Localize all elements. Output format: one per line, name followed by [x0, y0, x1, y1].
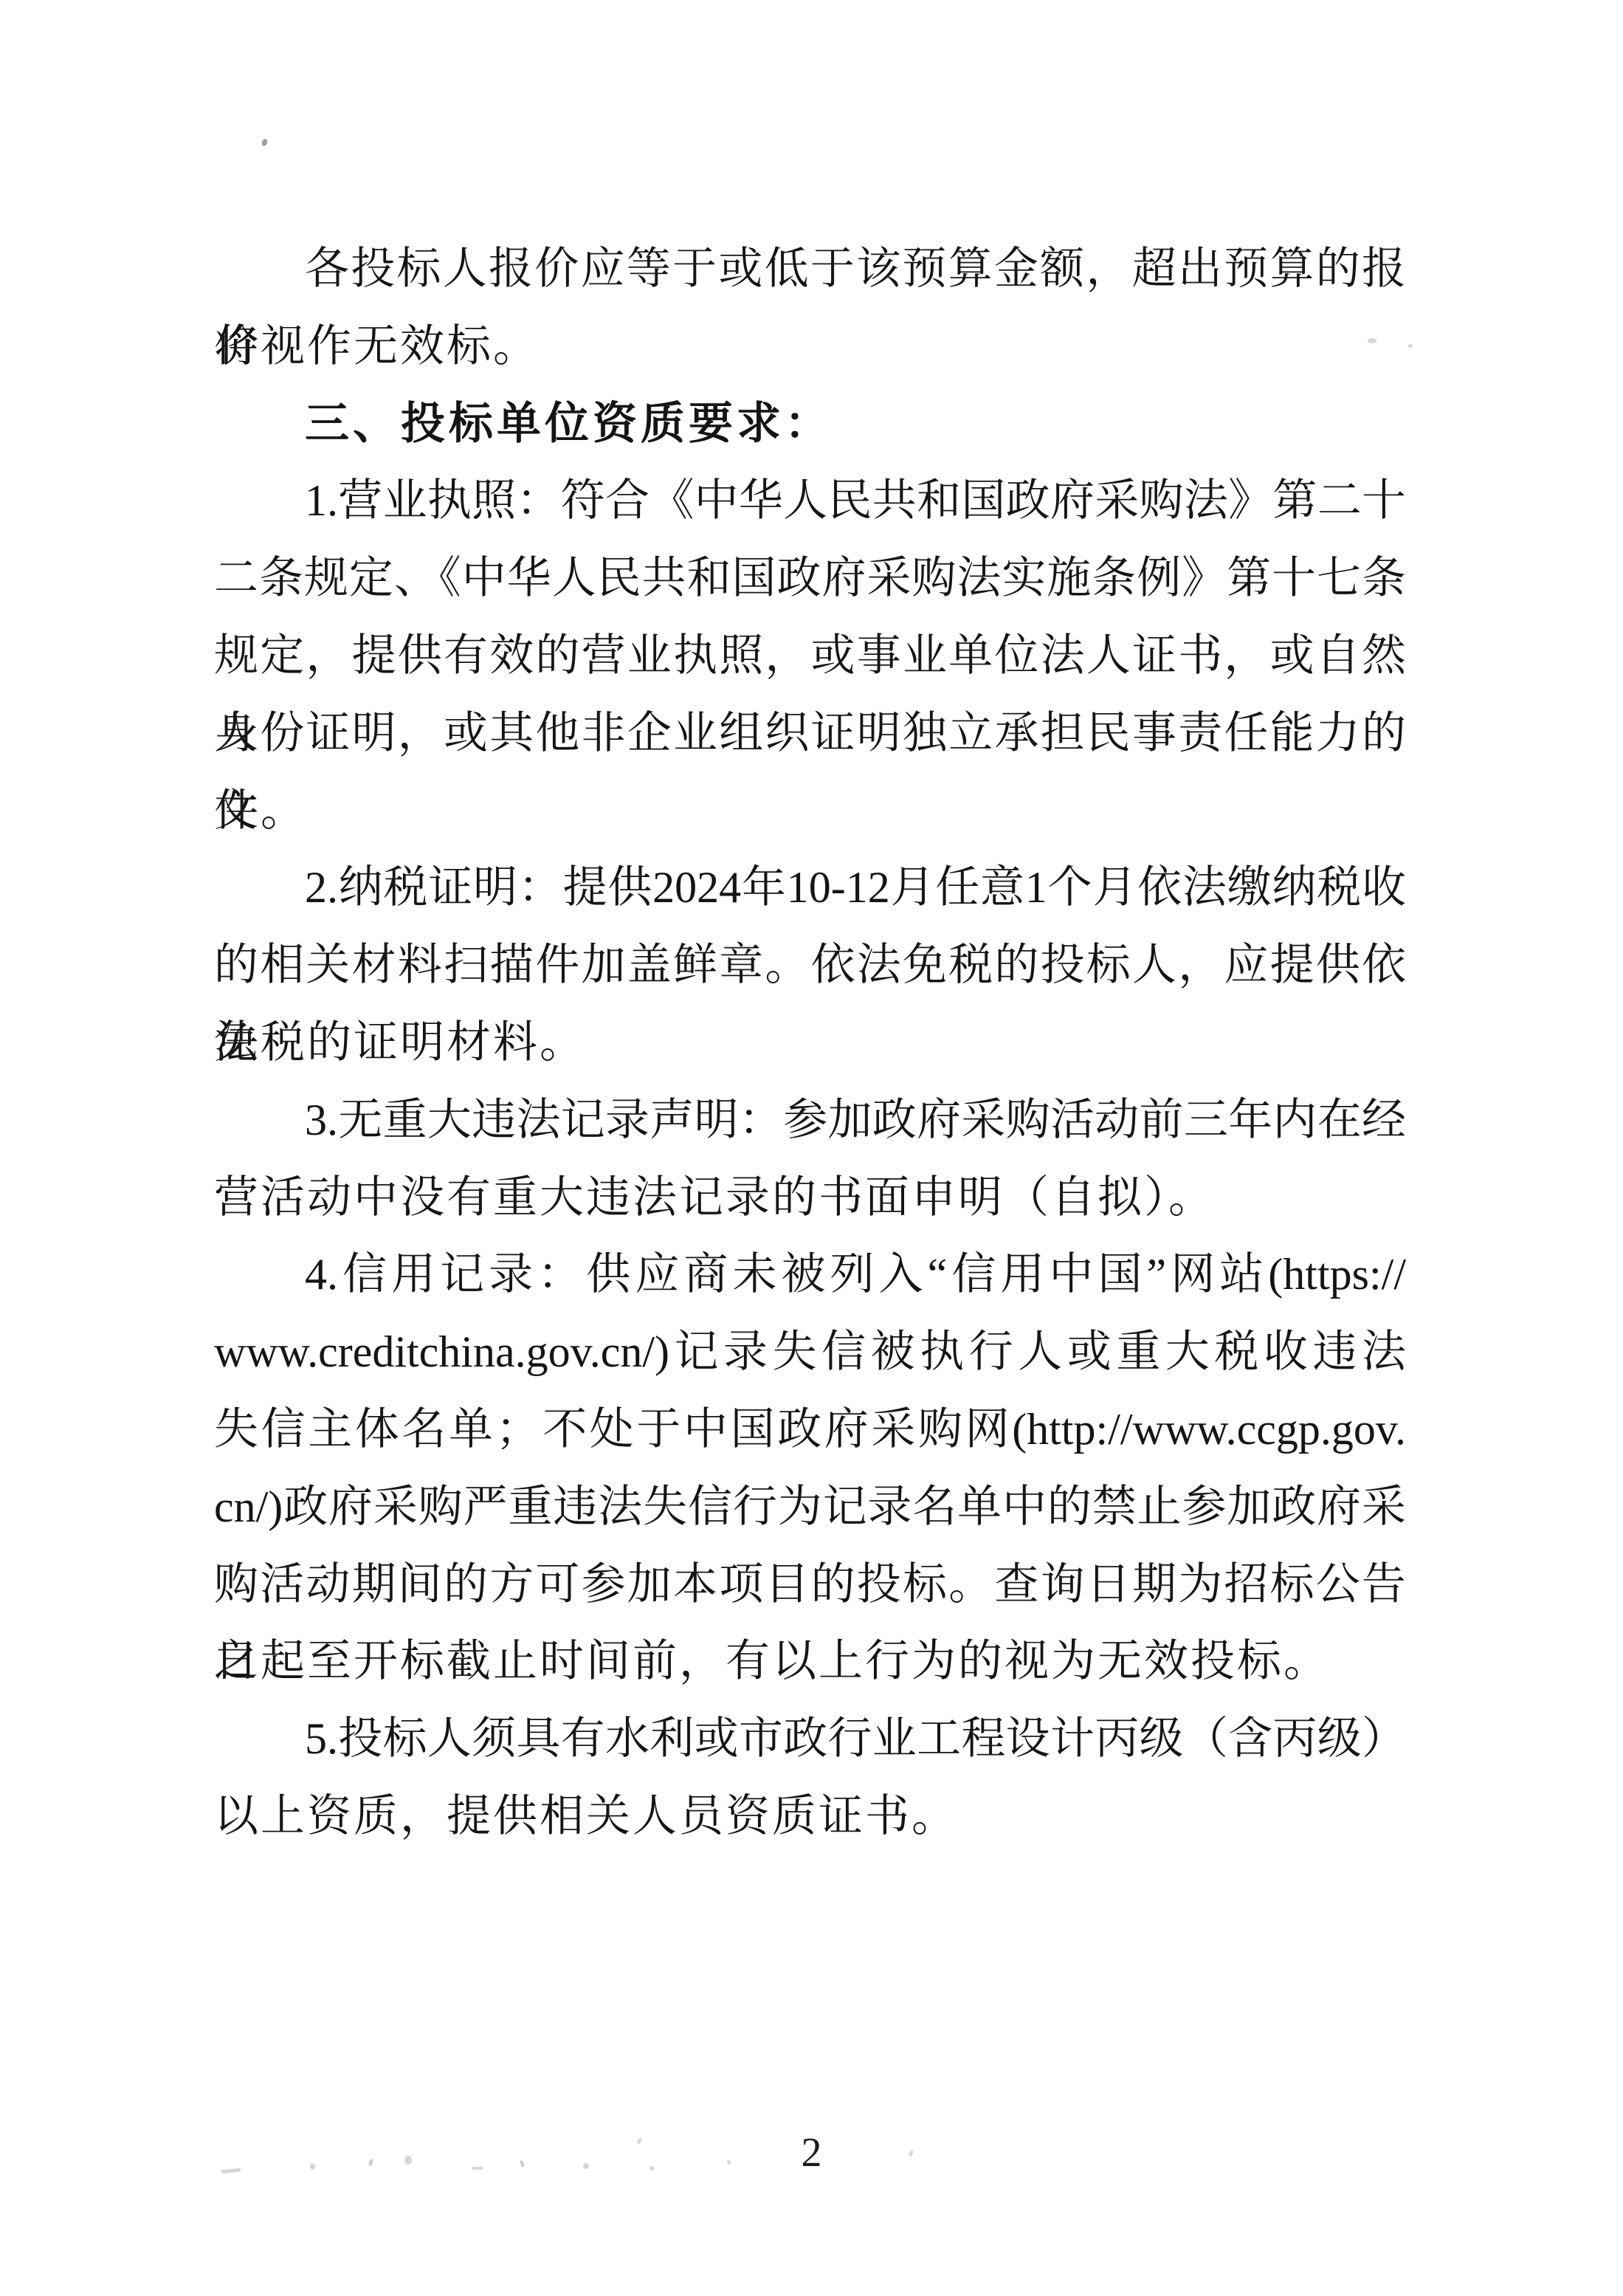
scan-speckle	[404, 2156, 412, 2165]
text-line: 1.营业执照：符合《中华人民共和国政府采购法》第二十	[214, 462, 1406, 540]
document-page: 各投标人报价应等于或低于该预算金额，超出预算的报价 将视作无效标。 三、投标单位…	[0, 0, 1623, 2296]
text-line: 规定，提供有效的营业执照，或事业单位法人证书，或自然人	[214, 617, 1406, 695]
text-line: 失信主体名单；不处于中国政府采购网(http://www.ccgp.gov.	[214, 1391, 1406, 1468]
text-line: 营活动中没有重大违法记录的书面申明（自拟）。	[214, 1159, 1406, 1237]
scan-speckle	[727, 2160, 731, 2165]
scan-speckle	[472, 2167, 483, 2170]
text-line: 各投标人报价应等于或低于该预算金额，超出预算的报价	[214, 230, 1406, 308]
page-number: 2	[0, 2131, 1623, 2175]
document-body: 各投标人报价应等于或低于该预算金额，超出预算的报价 将视作无效标。 三、投标单位…	[214, 230, 1406, 1855]
text-line: 二条规定、《中华人民共和国政府采购法实施条例》第十七条	[214, 540, 1406, 617]
scan-speckle	[310, 2163, 315, 2170]
scan-speckle	[1368, 338, 1376, 343]
text-line: www.creditchina.gov.cn/)记录失信被执行人或重大税收违法	[214, 1313, 1406, 1391]
text-line: 免税的证明材料。	[214, 1004, 1406, 1082]
text-line: 购活动期间的方可参加本项目的投标。查询日期为招标公告之	[214, 1546, 1406, 1623]
scan-speckle	[583, 2163, 589, 2169]
section-heading: 三、投标单位资质要求：	[214, 385, 1406, 463]
text-line: cn/)政府采购严重违法失信行为记录名单中的禁止参加政府采	[214, 1468, 1406, 1546]
text-line: 的相关材料扫描件加盖鲜章。依法免税的投标人，应提供依法	[214, 927, 1406, 1004]
scan-speckle	[1408, 344, 1413, 348]
text-line: 将视作无效标。	[214, 308, 1406, 385]
text-line: 2.纳税证明：提供2024年10-12月任意1个月依法缴纳税收	[214, 849, 1406, 927]
text-line: 3.无重大违法记录声明：参加政府采购活动前三年内在经	[214, 1082, 1406, 1159]
scan-speckle	[649, 2166, 654, 2170]
text-line: 件。	[214, 772, 1406, 850]
text-line: 5.投标人须具有水利或市政行业工程设计丙级（含丙级）	[214, 1700, 1406, 1778]
scan-speckle	[261, 138, 269, 147]
text-line: 日起至开标截止时间前，有以上行为的视为无效投标。	[214, 1623, 1406, 1700]
text-line: 以上资质，提供相关人员资质证书。	[214, 1778, 1406, 1855]
text-line: 4.信用记录：供应商未被列入“信用中国”网站(https://	[214, 1236, 1406, 1313]
text-line: 身份证明，或其他非企业组织证明独立承担民事责任能力的文	[214, 695, 1406, 772]
